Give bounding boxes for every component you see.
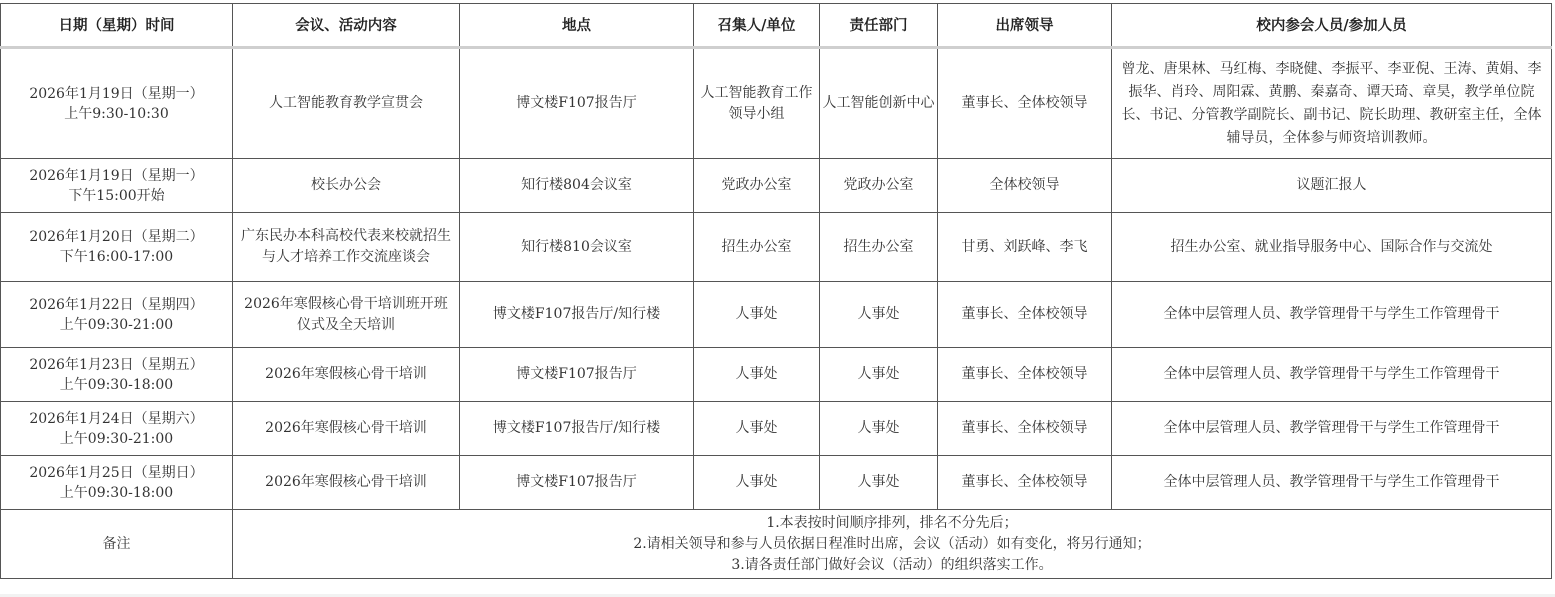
notes-body: 1.本表按时间顺序排列，排名不分先后； 2.请相关领导和参与人员依据日程准时出席… [233, 510, 1552, 579]
attendees-cell: 全体中层管理人员、教学管理骨干与学生工作管理骨干 [1112, 456, 1552, 510]
date-time-cell: 2026年1月23日（星期五） 上午09:30-18:00 [1, 348, 233, 402]
attendees-cell: 全体中层管理人员、教学管理骨干与学生工作管理骨干 [1112, 402, 1552, 456]
header-convener: 召集人/单位 [694, 4, 820, 48]
convener-cell: 人事处 [694, 402, 820, 456]
convener-cell: 招生办公室 [694, 213, 820, 282]
location-cell: 博文楼F107报告厅/知行楼 [460, 282, 694, 348]
location-cell: 知行楼804会议室 [460, 159, 694, 213]
table-row: 2026年1月25日（星期日） 上午09:30-18:00 2026年寒假核心骨… [1, 456, 1552, 510]
leaders-cell: 董事长、全体校领导 [938, 348, 1112, 402]
department-cell: 党政办公室 [820, 159, 938, 213]
table-row: 2026年1月19日（星期一） 上午9:30-10:30 人工智能教育教学宣贯会… [1, 48, 1552, 159]
table-row: 2026年1月20日（星期二） 下午16:00-17:00 广东民办本科高校代表… [1, 213, 1552, 282]
date-time-cell: 2026年1月19日（星期一） 上午9:30-10:30 [1, 48, 233, 159]
note-line-2: 2.请相关领导和参与人员依据日程准时出席，会议（活动）如有变化，将另行通知； [235, 534, 1549, 555]
table-row: 2026年1月19日（星期一） 下午15:00开始 校长办公会 知行楼804会议… [1, 159, 1552, 213]
location-cell: 博文楼F107报告厅 [460, 456, 694, 510]
header-date-time: 日期（星期）时间 [1, 4, 233, 48]
header-leaders: 出席领导 [938, 4, 1112, 48]
leaders-cell: 全体校领导 [938, 159, 1112, 213]
header-attendees: 校内参会人员/参加人员 [1112, 4, 1552, 48]
department-cell: 人事处 [820, 348, 938, 402]
attendees-cell: 全体中层管理人员、教学管理骨干与学生工作管理骨干 [1112, 348, 1552, 402]
content-cell: 2026年寒假核心骨干培训班开班仪式及全天培训 [233, 282, 460, 348]
table-row: 2026年1月24日（星期六） 上午09:30-21:00 2026年寒假核心骨… [1, 402, 1552, 456]
leaders-cell: 董事长、全体校领导 [938, 402, 1112, 456]
date-time-cell: 2026年1月25日（星期日） 上午09:30-18:00 [1, 456, 233, 510]
convener-cell: 党政办公室 [694, 159, 820, 213]
leaders-cell: 董事长、全体校领导 [938, 456, 1112, 510]
content-cell: 校长办公会 [233, 159, 460, 213]
location-cell: 博文楼F107报告厅 [460, 48, 694, 159]
leaders-cell: 甘勇、刘跃峰、李飞 [938, 213, 1112, 282]
content-cell: 2026年寒假核心骨干培训 [233, 402, 460, 456]
content-cell: 广东民办本科高校代表来校就招生与人才培养工作交流座谈会 [233, 213, 460, 282]
header-department: 责任部门 [820, 4, 938, 48]
attendees-cell: 曾龙、唐果林、马红梅、李晓健、李振平、李亚倪、王涛、黄娟、李振华、肖玲、周阳霖、… [1112, 48, 1552, 159]
notes-label: 备注 [1, 510, 233, 579]
time: 上午09:30-21:00 [3, 429, 230, 449]
table-row: 2026年1月22日（星期四） 上午09:30-21:00 2026年寒假核心骨… [1, 282, 1552, 348]
content-cell: 人工智能教育教学宣贯会 [233, 48, 460, 159]
content-cell: 2026年寒假核心骨干培训 [233, 348, 460, 402]
department-cell: 人事处 [820, 402, 938, 456]
date-time-cell: 2026年1月22日（星期四） 上午09:30-21:00 [1, 282, 233, 348]
content-cell: 2026年寒假核心骨干培训 [233, 456, 460, 510]
convener-cell: 人事处 [694, 456, 820, 510]
department-cell: 招生办公室 [820, 213, 938, 282]
department-cell: 人事处 [820, 456, 938, 510]
time: 上午9:30-10:30 [3, 104, 230, 124]
department-cell: 人事处 [820, 282, 938, 348]
header-location: 地点 [460, 4, 694, 48]
leaders-cell: 董事长、全体校领导 [938, 48, 1112, 159]
note-line-1: 1.本表按时间顺序排列，排名不分先后； [235, 513, 1549, 534]
date: 2026年1月25日（星期日） [3, 463, 230, 483]
date-time-cell: 2026年1月19日（星期一） 下午15:00开始 [1, 159, 233, 213]
attendees-cell: 全体中层管理人员、教学管理骨干与学生工作管理骨干 [1112, 282, 1552, 348]
convener-cell: 人事处 [694, 348, 820, 402]
date: 2026年1月19日（星期一） [3, 166, 230, 186]
date: 2026年1月23日（星期五） [3, 355, 230, 375]
notes-row: 备注 1.本表按时间顺序排列，排名不分先后； 2.请相关领导和参与人员依据日程准… [1, 510, 1552, 579]
schedule-table: 日期（星期）时间 会议、活动内容 地点 召集人/单位 责任部门 出席领导 校内参… [0, 3, 1552, 579]
time: 上午09:30-18:00 [3, 483, 230, 503]
table-row: 2026年1月23日（星期五） 上午09:30-18:00 2026年寒假核心骨… [1, 348, 1552, 402]
leaders-cell: 董事长、全体校领导 [938, 282, 1112, 348]
date: 2026年1月19日（星期一） [3, 84, 230, 104]
header-content: 会议、活动内容 [233, 4, 460, 48]
convener-cell: 人工智能教育工作领导小组 [694, 48, 820, 159]
time: 上午09:30-18:00 [3, 375, 230, 395]
attendees-cell: 议题汇报人 [1112, 159, 1552, 213]
time: 下午16:00-17:00 [3, 247, 230, 267]
date: 2026年1月24日（星期六） [3, 409, 230, 429]
convener-cell: 人事处 [694, 282, 820, 348]
attendees-cell: 招生办公室、就业指导服务中心、国际合作与交流处 [1112, 213, 1552, 282]
location-cell: 博文楼F107报告厅 [460, 348, 694, 402]
date: 2026年1月20日（星期二） [3, 227, 230, 247]
date-time-cell: 2026年1月20日（星期二） 下午16:00-17:00 [1, 213, 233, 282]
time: 下午15:00开始 [3, 186, 230, 206]
date-time-cell: 2026年1月24日（星期六） 上午09:30-21:00 [1, 402, 233, 456]
location-cell: 知行楼810会议室 [460, 213, 694, 282]
note-line-3: 3.请各责任部门做好会议（活动）的组织落实工作。 [235, 555, 1549, 576]
time: 上午09:30-21:00 [3, 315, 230, 335]
location-cell: 博文楼F107报告厅/知行楼 [460, 402, 694, 456]
department-cell: 人工智能创新中心 [820, 48, 938, 159]
header-row: 日期（星期）时间 会议、活动内容 地点 召集人/单位 责任部门 出席领导 校内参… [1, 4, 1552, 48]
date: 2026年1月22日（星期四） [3, 295, 230, 315]
